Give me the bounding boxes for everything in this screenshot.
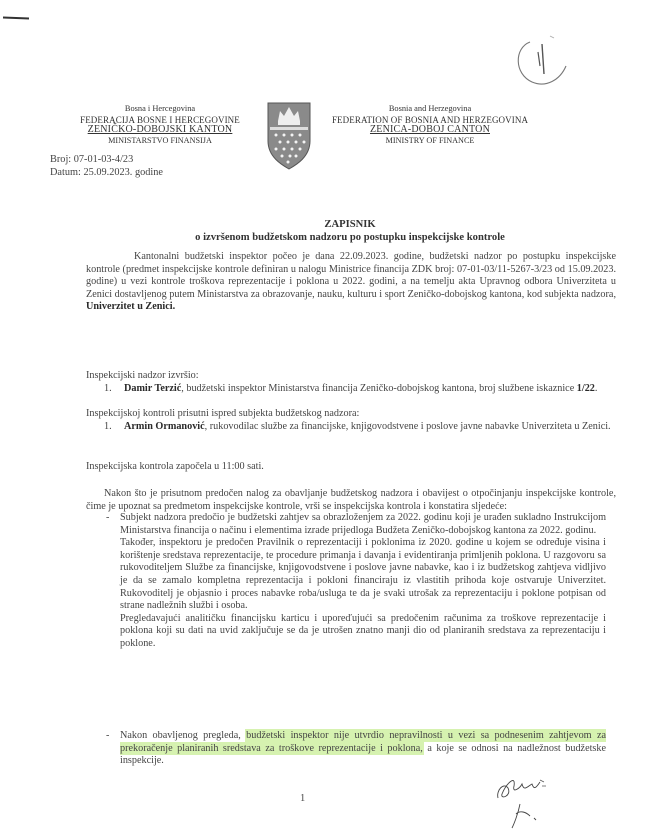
document-number: Broj: 07-01-03-4/23 (50, 154, 163, 167)
inspector-end: . (595, 383, 598, 394)
list-number: 1. (104, 421, 112, 434)
present-list-item: 1. Armin Ormanović, rukovodilac službe z… (86, 421, 616, 434)
canton-bs: ZENIČKO-DOBOJSKI KANTON (60, 125, 260, 136)
inspector-heading: Inspekcijski nadzor izvršio: (86, 370, 616, 383)
country-en: Bosnia and Herzegovina (320, 104, 540, 115)
inspector-name: Damir Terzić (124, 383, 181, 394)
present-heading: Inspekcijskoj kontroli prisutni ispred s… (86, 408, 616, 421)
ministry-en: MINISTRY OF FINANCE (320, 136, 540, 147)
present-name: Armin Ormanović (124, 421, 205, 432)
document-title: ZAPISNIK o izvršenom budžetskom nadzoru … (80, 219, 620, 244)
inspector-id: 1/22 (577, 383, 595, 394)
handwritten-page-number-icon (510, 30, 574, 94)
inspector-role: , budžetski inspektor Ministarstva finan… (181, 383, 577, 394)
list-number: 1. (104, 383, 112, 396)
finding-item: - Subjekt nadzora predočio je budžetski … (120, 512, 606, 651)
document-meta: Broj: 07-01-03-4/23 Datum: 25.09.2023. g… (50, 154, 163, 179)
document-date: Datum: 25.09.2023. godine (50, 167, 163, 180)
bullet: - (106, 512, 109, 525)
title-subtitle: o izvršenom budžetskom nadzoru po postup… (80, 232, 620, 245)
conclusion-lead: Nakon obavljenog pregleda, (120, 730, 246, 741)
ministry-bs: MINISTARSTVO FINANSIJA (60, 136, 260, 147)
page-number: 1 (300, 793, 305, 804)
handwritten-signature-icon (490, 770, 560, 830)
header-right: Bosnia and Herzegovina FEDERATION OF BOS… (320, 104, 540, 146)
finding-paragraph: Pregledavajući analitičku financijsku ka… (120, 613, 606, 651)
finding-paragraph: Subjekt nadzora predočio je budžetski za… (120, 512, 606, 537)
finding-conclusion: - Nakon obavljenog pregleda, budžetski i… (120, 730, 606, 768)
intro-paragraph: Kantonalni budžetski inspektor počeo je … (86, 251, 616, 314)
canton-en: ZENICA-DOBOJ CANTON (320, 125, 540, 136)
finding-paragraph: Također, inspektoru je predočen Pravilni… (120, 537, 606, 613)
bullet: - (106, 730, 109, 743)
procedure-paragraph: Nakon što je prisutnom predočen nalog za… (86, 488, 616, 513)
start-time: Inspekcijska kontrola započela u 11:00 s… (86, 461, 616, 474)
supervised-subject: Univerzitet u Zenici. (86, 301, 175, 312)
title-main: ZAPISNIK (80, 219, 620, 232)
coat-of-arms-icon (266, 101, 312, 171)
present-role: , rukovodilac službe za financijske, knj… (205, 421, 611, 432)
country-bs: Bosna i Hercegovina (60, 104, 260, 115)
scan-mark (3, 17, 29, 20)
inspector-list-item: 1. Damir Terzić, budžetski inspektor Min… (86, 383, 616, 396)
header-left: Bosna i Hercegovina FEDERACIJA BOSNE I H… (60, 104, 260, 146)
intro-text: Kantonalni budžetski inspektor počeo je … (86, 251, 616, 300)
